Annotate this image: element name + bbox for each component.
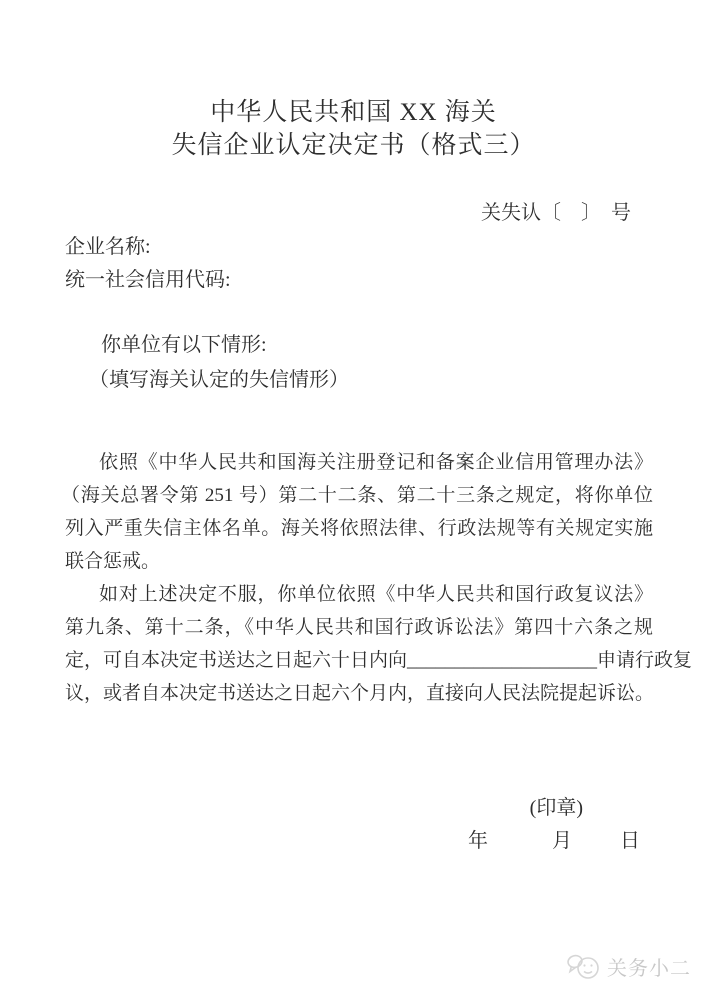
document-number: 关失认〔 〕 号 <box>481 196 631 225</box>
paragraph2-line3-pre: 定，可自本决定书送达之日起六十日内向 <box>65 650 407 671</box>
paragraph2-line3-post: 申请行政复 <box>597 650 692 671</box>
chat-smiley-logo-icon <box>566 950 602 982</box>
paragraph1-line3: 列入严重失信主体名单。海关将依照法律、行政法规等有关规定实施 <box>65 512 653 545</box>
date-line: 年月日 <box>468 824 640 853</box>
paragraph2-line2: 第九条、第十二条，《中华人民共和国行政诉讼法》第四十六条之规 <box>65 611 653 644</box>
decision-body: 依照《中华人民共和国海关注册登记和备案企业信用管理办法》 （海关总署令第 251… <box>65 446 653 710</box>
company-name-label: 企业名称: <box>65 230 151 259</box>
document-title-line1: 中华人民共和国 XX 海关 <box>0 96 707 129</box>
paragraph2-line4: 议，或者自本决定书送达之日起六个月内，直接向人民法院提起诉讼。 <box>65 677 653 710</box>
watermark: 关务小二 <box>566 950 691 982</box>
document-page: 中华人民共和国 XX 海关 失信企业认定决定书（格式三） 关失认〔 〕 号 企业… <box>0 0 707 1000</box>
paragraph1-line1: 依照《中华人民共和国海关注册登记和备案企业信用管理办法》 <box>65 446 653 479</box>
day-label: 日 <box>620 830 640 852</box>
paragraph2-line1: 如对上述决定不服，你单位依照《中华人民共和国行政复议法》 <box>65 578 653 611</box>
situation-intro: 你单位有以下情形: <box>65 328 267 357</box>
credit-code-label: 统一社会信用代码: <box>65 263 231 292</box>
paragraph2-line3: 定，可自本决定书送达之日起六十日内向____________________申请… <box>65 644 653 677</box>
paragraph1-line4: 联合惩戒。 <box>65 545 653 578</box>
year-label: 年 <box>468 830 488 852</box>
seal-placeholder: (印章) <box>0 791 583 820</box>
situation-placeholder-note: （填写海关认定的失信情形） <box>65 363 349 392</box>
document-title-line2: 失信企业认定决定书（格式三） <box>0 129 707 162</box>
fill-in-blank: ____________________ <box>407 650 597 671</box>
watermark-text: 关务小二 <box>607 952 691 981</box>
paragraph1-line2: （海关总署令第 251 号）第二十二条、第二十三条之规定，将你单位 <box>65 479 653 512</box>
month-label: 月 <box>552 830 572 852</box>
document-title: 中华人民共和国 XX 海关 失信企业认定决定书（格式三） <box>0 96 707 162</box>
